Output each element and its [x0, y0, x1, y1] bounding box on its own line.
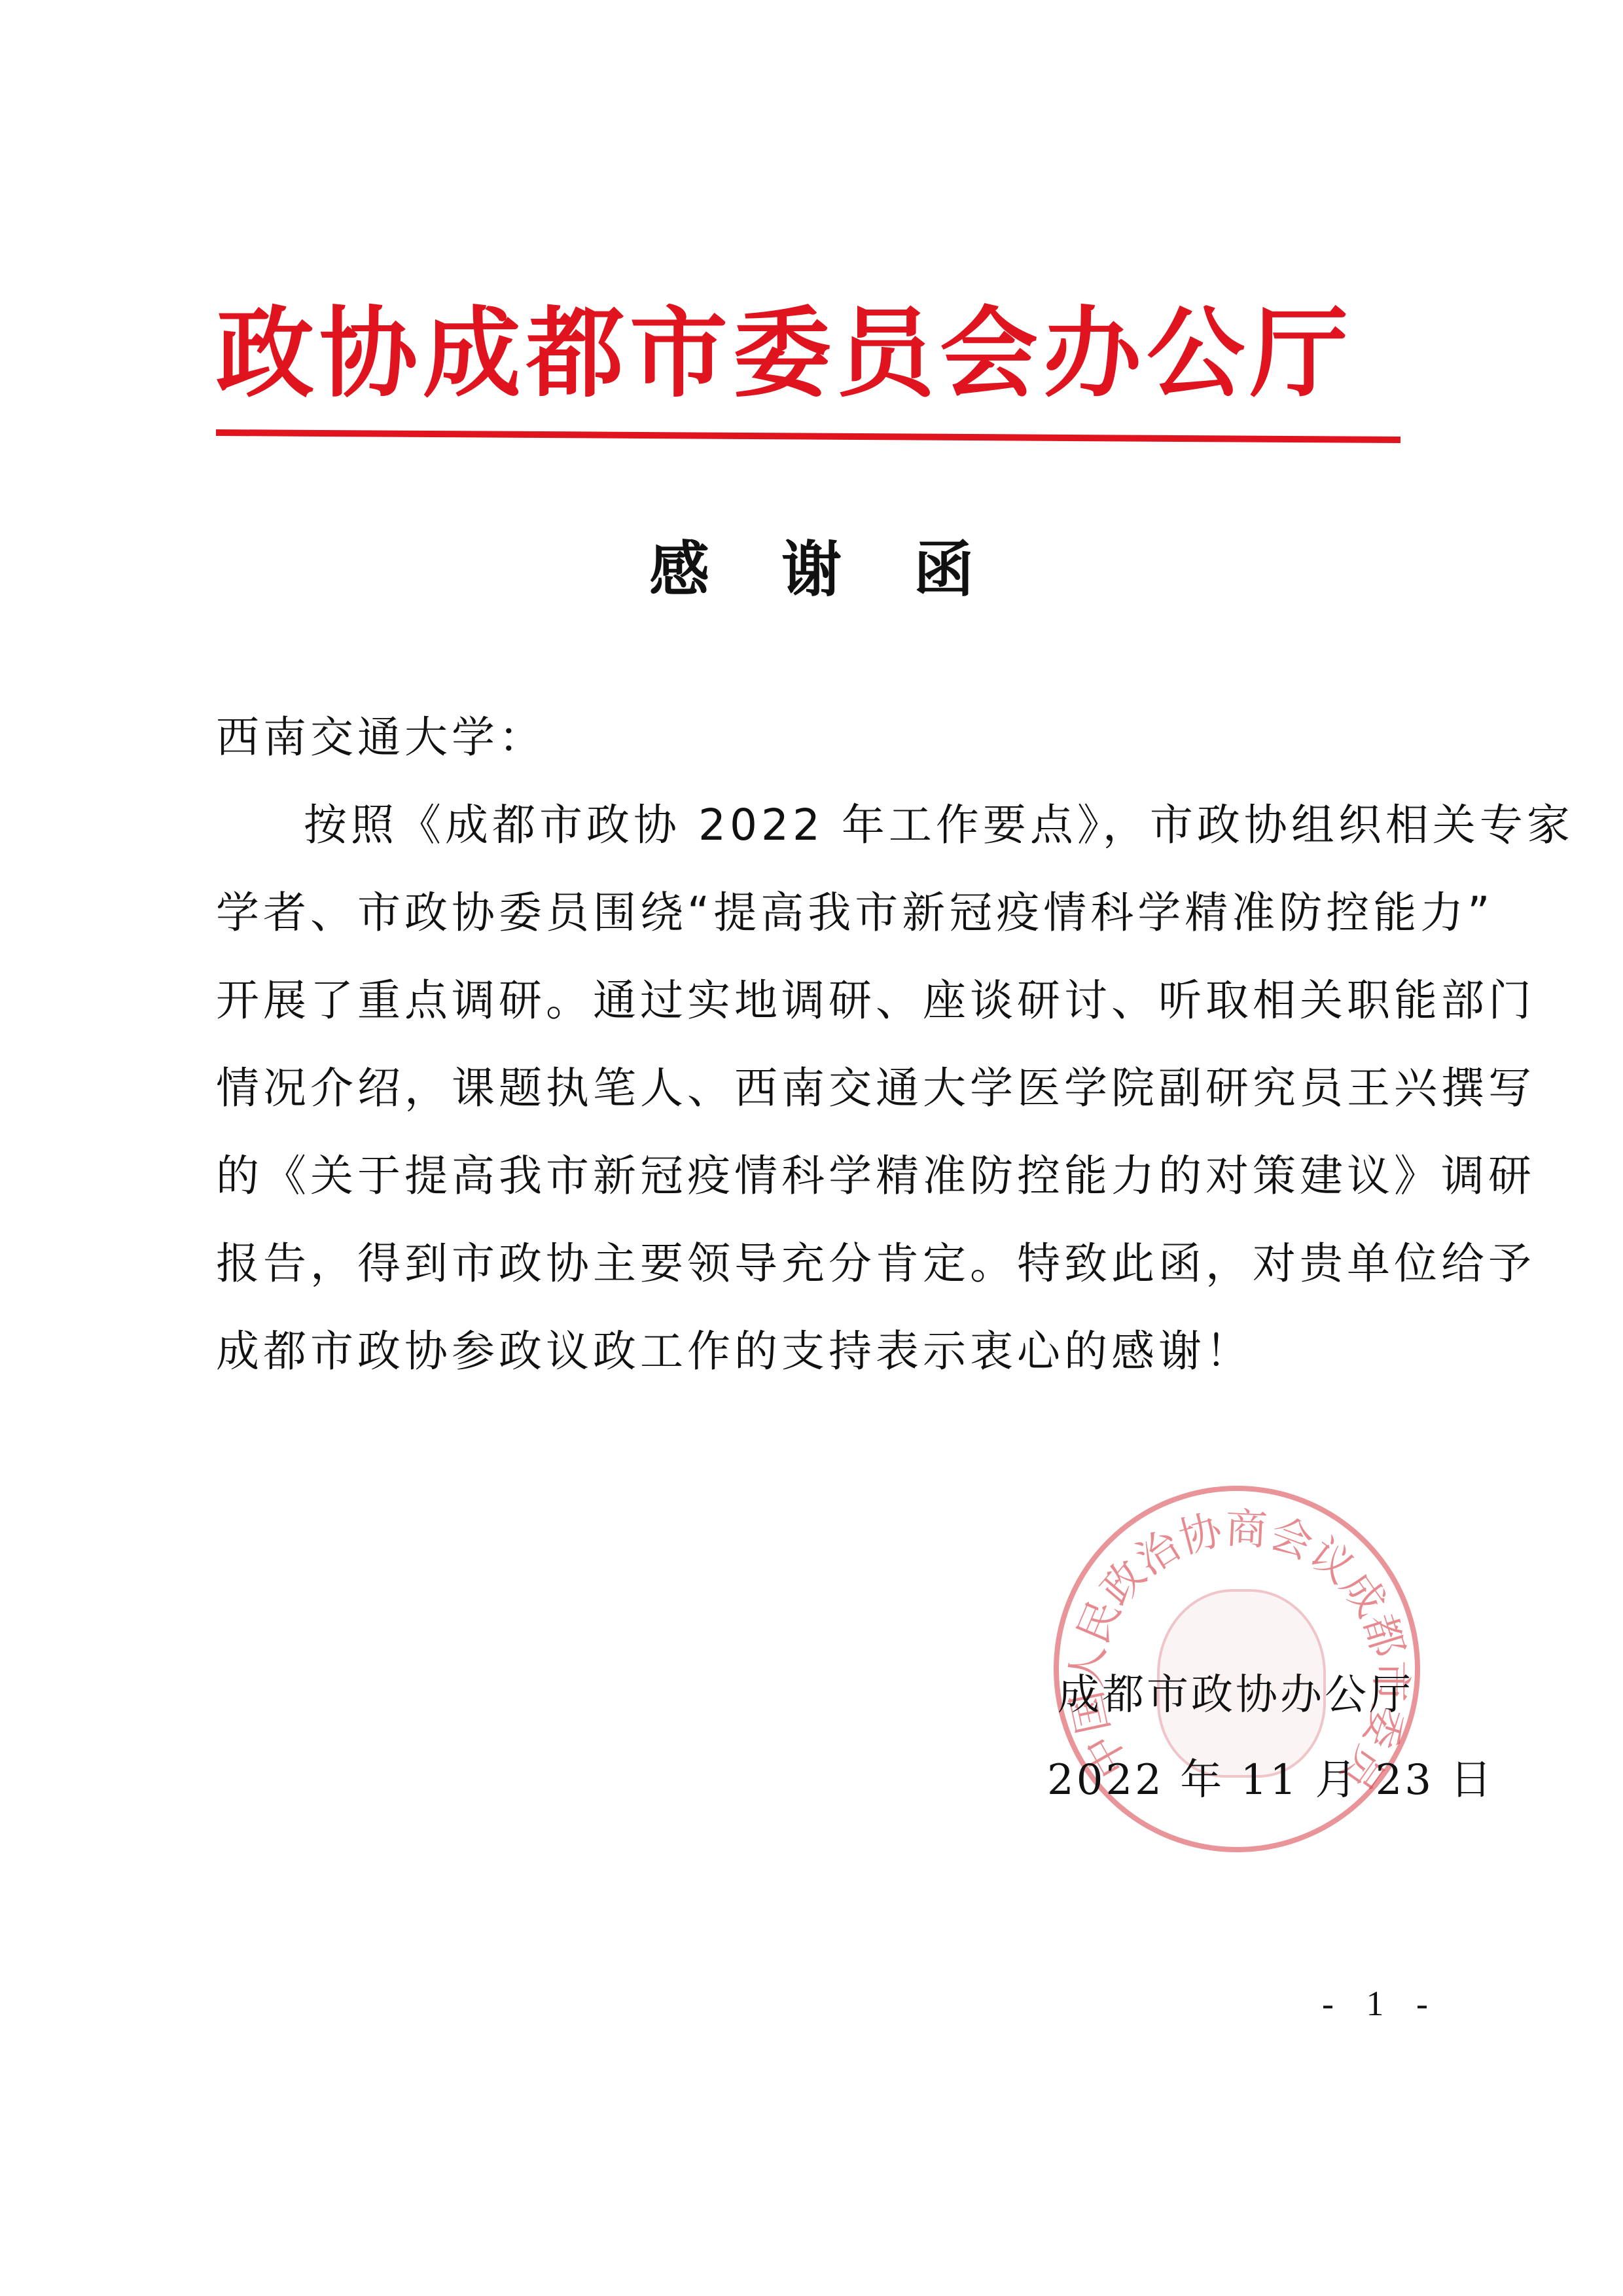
letterhead-red-rule — [216, 429, 1400, 443]
letter-date: 2022 年 11 月 23 日 — [1047, 1738, 1414, 1823]
body-line: 报告，得到市政协主要领导充分肯定。特致此函，对贵单位给予 — [216, 1220, 1414, 1308]
letter-body: 西南交通大学： 按照《成都市政协 2022 年工作要点》，市政协组织相关专家 学… — [216, 694, 1414, 1395]
document-title: 感谢函 — [0, 533, 1623, 605]
body-line: 按照《成都市政协 2022 年工作要点》，市政协组织相关专家 — [216, 781, 1414, 869]
body-line: 的《关于提高我市新冠疫情科学精准防控能力的对策建议》调研 — [216, 1132, 1414, 1220]
body-line: 学者、市政协委员围绕“提高我市新冠疫情科学精准防控能力” — [216, 869, 1414, 957]
page-number: - 1 - — [1309, 1983, 1453, 2024]
letterhead-org-name: 政协成都市委员会办公厅 — [216, 298, 1394, 409]
sender-name: 成都市政协办公厅 — [1047, 1653, 1414, 1738]
salutation: 西南交通大学： — [216, 694, 1414, 781]
body-line: 开展了重点调研。通过实地调研、座谈研讨、听取相关职能部门 — [216, 957, 1414, 1045]
body-line: 情况介绍，课题执笔人、西南交通大学医学院副研究员王兴撰写 — [216, 1045, 1414, 1132]
signoff-block: 成都市政协办公厅 2022 年 11 月 23 日 — [1047, 1653, 1414, 1823]
body-line: 成都市政协参政议政工作的支持表示衷心的感谢！ — [216, 1308, 1414, 1395]
